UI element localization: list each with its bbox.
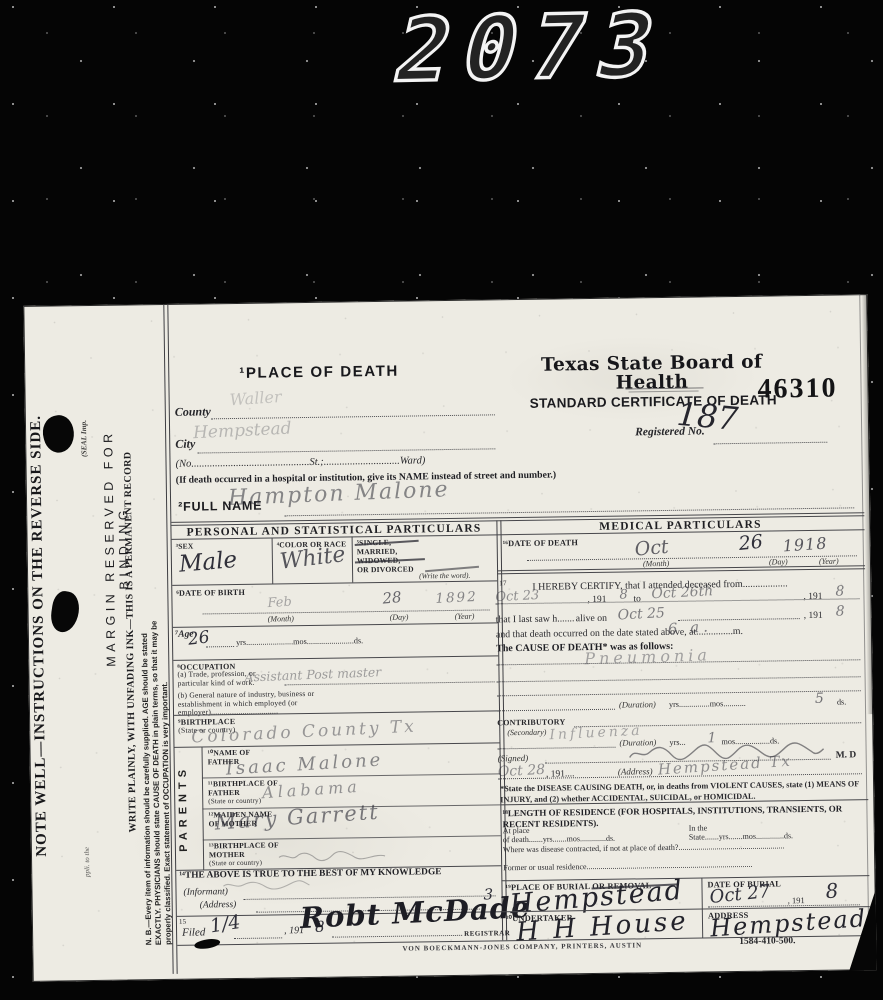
informant-address-label: (Address) xyxy=(200,901,237,911)
filed-date-handwriting: 1/4 xyxy=(209,913,242,936)
city-handwriting: Hempstead xyxy=(193,420,292,442)
dob-dotted-line xyxy=(203,608,490,614)
registered-no-dotted-line xyxy=(713,441,827,445)
length-of-residence-label: ¹⁸LENGTH OF RESIDENCE (FOR HOSPITALS, IN… xyxy=(502,803,862,831)
certify-year-digit-3: 8 xyxy=(836,604,845,618)
city-dotted-line xyxy=(197,447,495,453)
county-handwriting: Waller xyxy=(229,389,282,408)
dob-year-handwriting: 1892 xyxy=(435,591,478,607)
age-units-line: yrs.......................mos...........… xyxy=(236,636,363,648)
duration-ds-label: ds. xyxy=(837,697,846,708)
certificate-stamp-number: 46310 xyxy=(757,375,837,404)
burial-year-handwriting: 8 xyxy=(825,880,839,901)
mother-birthplace-caption: (State or country) xyxy=(209,859,262,868)
torn-corner-shadow xyxy=(847,884,876,972)
mother-birthplace-label: ¹³BIRTHPLACE OF MOTHER xyxy=(209,841,279,859)
date-of-birth-label: ⁶DATE OF BIRTH xyxy=(176,588,245,598)
dob-month-caption: (Month) xyxy=(268,615,294,623)
dob-year-caption: (Year) xyxy=(455,613,475,621)
form-number: 1584-410-500. xyxy=(739,937,795,947)
ink-blot xyxy=(194,937,221,950)
mother-birthplace-illegible-handwriting xyxy=(277,849,387,863)
registered-no-handwriting: 187 xyxy=(676,398,740,435)
filed-dots-2 xyxy=(332,934,462,938)
alive-on-text: alive on xyxy=(576,613,607,626)
former-residence-text: Former or usual residence...............… xyxy=(503,858,859,873)
cause-dots-3 xyxy=(497,689,861,696)
death-hour-handwriting: 6 a. xyxy=(667,619,712,637)
scanned-death-certificate-page: { "counter": { "number": "2073" }, "marg… xyxy=(0,0,883,1000)
certify-year-digit-2: 8 xyxy=(835,584,844,598)
last-saw-text: that I last saw h....... xyxy=(496,613,575,627)
father-birthplace-caption: (State or country) xyxy=(208,797,261,806)
dob-month-handwriting: Feb xyxy=(267,596,292,611)
parents-vertical-label: PARENTS xyxy=(177,754,199,864)
cause-dots-2 xyxy=(497,675,861,682)
county-dotted-line xyxy=(211,413,495,419)
row-rule-dob xyxy=(173,622,498,628)
printer-imprint: VON BOECKMANN-JONES COMPANY, PRINTERS, A… xyxy=(372,942,672,953)
last-saw-handwriting: Oct 25 xyxy=(617,606,665,622)
filed-dots-1 xyxy=(234,936,282,939)
duration-units: yrs...............mos........... xyxy=(669,699,746,711)
burial-date-handwriting: Oct 27 xyxy=(709,883,771,907)
filed-label: Filed xyxy=(182,927,205,938)
county-label: County xyxy=(175,405,211,418)
microfilm-frame-counter: 2073 xyxy=(386,0,679,102)
marital-option-divorced: OR DIVORCED xyxy=(357,566,414,576)
cause-of-death-handwriting: Pneumonia xyxy=(584,647,711,667)
date-of-death-label: ¹⁶DATE OF DEATH xyxy=(503,538,578,549)
dod-day-caption: (Day) xyxy=(769,558,788,566)
informant-illegible-handwriting xyxy=(221,879,311,890)
dod-dotted-line xyxy=(527,554,857,561)
place-of-death-heading: ¹PLACE OF DEATH xyxy=(239,363,399,382)
father-birthplace-handwriting: Alabama xyxy=(262,779,362,802)
duration-label: (Duration) xyxy=(619,700,656,709)
mother-name-handwriting: Mary Garrett xyxy=(214,802,380,834)
row-rule-sex xyxy=(172,580,497,586)
contrib-duration-leading-dots xyxy=(498,746,616,750)
md-label: M. D xyxy=(836,749,857,762)
certify-item-number: 17 xyxy=(499,579,507,587)
sex-race-divider xyxy=(272,537,274,583)
race-marital-divider xyxy=(352,536,354,582)
dod-day-handwriting: 26 xyxy=(738,533,764,554)
dod-year-handwriting: 1918 xyxy=(782,536,828,555)
age-leading-dots xyxy=(206,645,234,647)
margin-binding-text: MARGIN RESERVED FOR BINDING xyxy=(101,393,125,703)
stamp-fragment-ppli: ppli. to the xyxy=(83,825,100,877)
full-name-handwriting: Hampton Malone xyxy=(228,479,450,510)
city-label: City xyxy=(175,438,195,450)
sex-handwriting: Male xyxy=(178,549,238,577)
duration-days-handwriting: 5 xyxy=(815,692,824,706)
registrar-label: Registrar xyxy=(464,929,510,938)
dob-day-handwriting: 28 xyxy=(382,590,402,607)
signed-year-stub: , 191.... xyxy=(546,768,575,781)
certify-year-stub-3: , 191 xyxy=(804,610,823,623)
registrar-signature-handwriting: Robt McDade xyxy=(299,893,531,933)
seal-stamp-fragment: (SEAL Imp. xyxy=(79,397,98,457)
secondary-label: (Secondary) xyxy=(507,729,546,738)
duration-leading-dots xyxy=(497,708,615,712)
full-name-dotted-line xyxy=(284,506,854,516)
row-rule-mother-name xyxy=(203,835,501,840)
residence-bottom-rule xyxy=(501,875,869,881)
write-the-word-note: (Write the word). xyxy=(419,572,470,580)
certificate-paper: NOTE WELL—INSTRUCTIONS ON THE REVERSE SI… xyxy=(23,294,876,982)
street-ward-line: (No.....................................… xyxy=(175,456,425,470)
informant-label: (Informant) xyxy=(183,888,227,898)
race-handwriting: White xyxy=(279,544,347,574)
row-rule-age xyxy=(173,655,498,661)
filed-item-number: 15 xyxy=(179,918,187,926)
dob-day-caption: (Day) xyxy=(390,614,409,622)
